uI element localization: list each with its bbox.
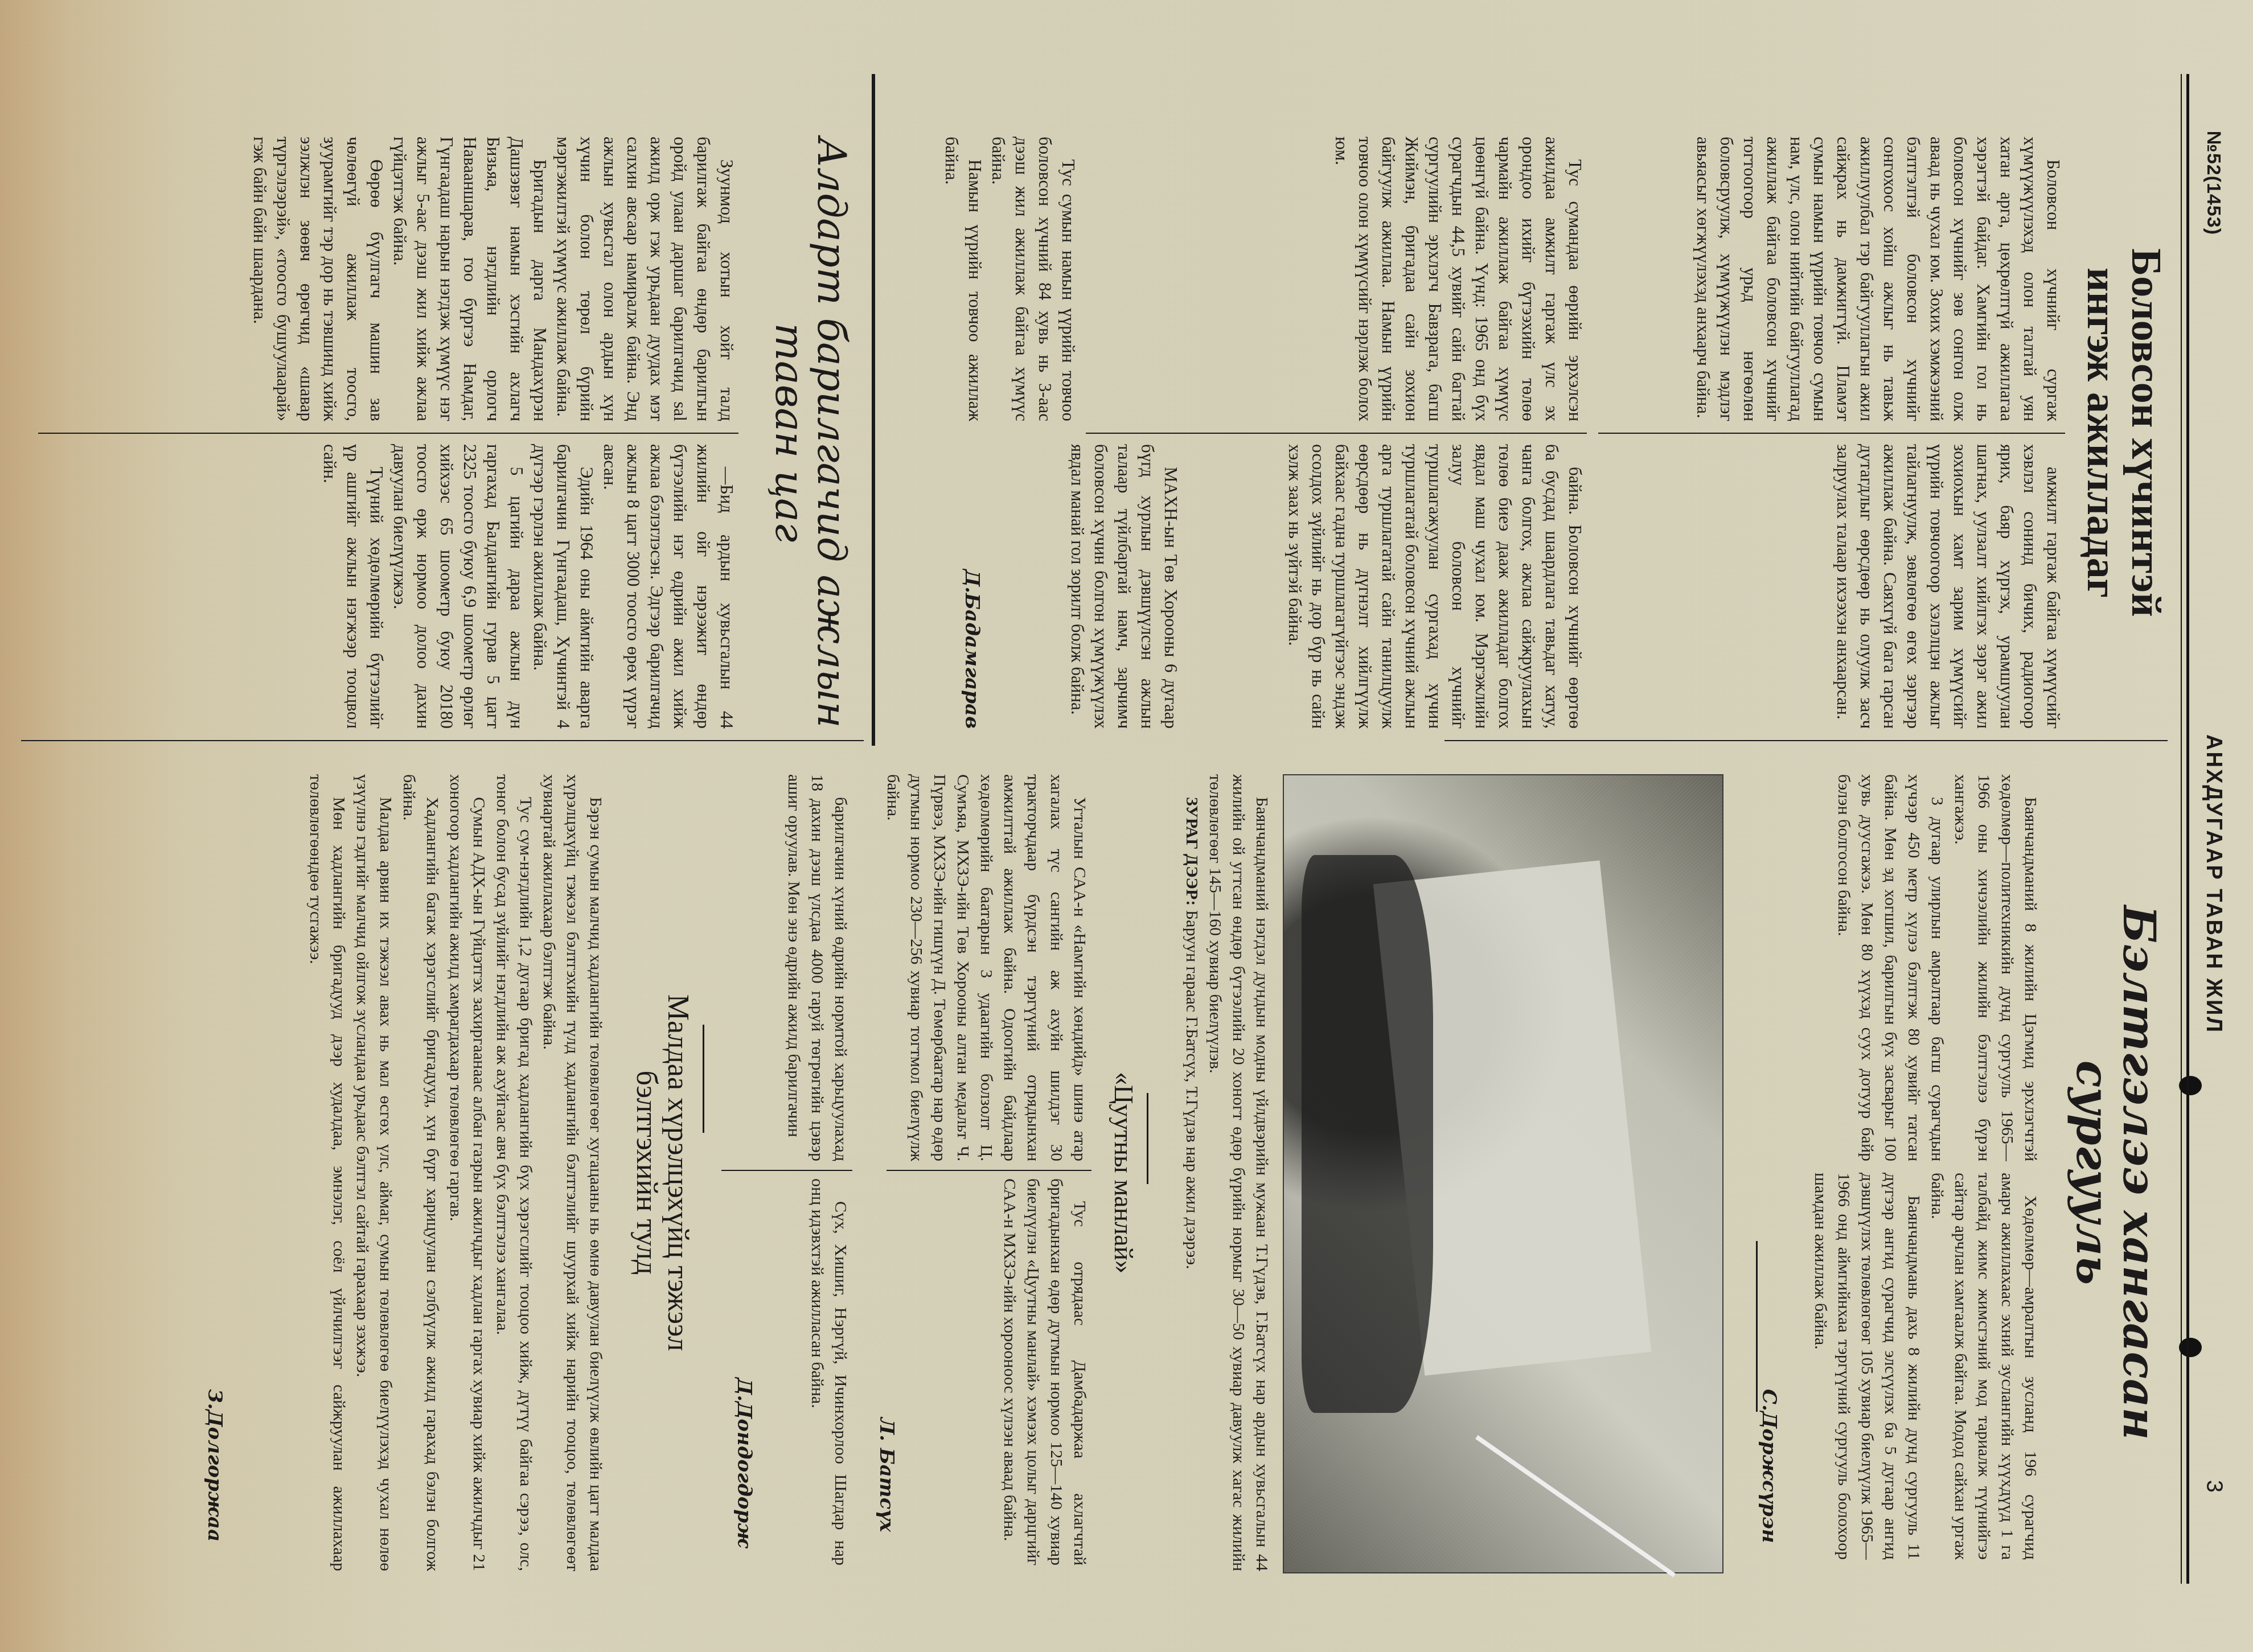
headline-line: таван цаг bbox=[769, 114, 811, 751]
caption-tail: Баруун гараас Г.Батсүх, Т.Гүдэв нар ажил… bbox=[1183, 910, 1201, 1269]
article-column: Тус сумын намын үүрийн товчоо боловсон х… bbox=[943, 137, 1080, 421]
headline-line: ингэж ажилладаг bbox=[2079, 142, 2124, 723]
paragraph: Сумын АДХ-ын Гүйцэтгэх захиргаанаас алба… bbox=[444, 774, 491, 1571]
article-divider bbox=[1147, 1093, 1148, 1184]
paragraph: Боловсон хүчнийг сургаж хүмүүжүүлэхэд ол… bbox=[1692, 137, 2065, 421]
masthead: №52(1453) АНХДУГААР ТАВАН ЖИЛ 3 bbox=[2190, 97, 2242, 1567]
column-rule bbox=[21, 740, 864, 741]
paragraph: МАХН-ын Төв Хорооны 6 дугаар бүгд хурлын… bbox=[1066, 444, 1183, 729]
paragraph: Тус сум-нэгдлийн 1,2 дугаар бригад хадла… bbox=[491, 774, 537, 1571]
article-column: —Бид ардын хувьсгалын 44 жилийн ойг нэрэ… bbox=[38, 444, 738, 729]
article-column: Тус отрядаас Дамбадаржаа ахлагчтай брига… bbox=[904, 1178, 1091, 1565]
paragraph: 3 дугаар улирлын амралтаар багш сурагчды… bbox=[1832, 774, 1949, 1161]
article-column: Угталын САА-н «Намгийн хөндийд» шинэ ата… bbox=[864, 774, 1091, 1161]
author-signature: З.Долгоржаа bbox=[203, 1389, 226, 1542]
column-rule bbox=[1444, 740, 2168, 741]
article-headline-boloovson: Боловсон хүчинтэй ингэж ажилладаг bbox=[2079, 142, 2168, 723]
section-rule bbox=[872, 74, 875, 746]
paragraph: Тус сумын намын үүрийн товчоо боловсон х… bbox=[987, 137, 1080, 421]
article-column: Баянчандманий 8 жилийн Цэгмид эрхлэгчтэй… bbox=[1775, 774, 2042, 1161]
issue-number: №52(1453) bbox=[2202, 131, 2225, 235]
article-column: Сүх, Хишиг, Нэргүй, Ичинхорлоо Шагдар на… bbox=[761, 1178, 852, 1565]
paragraph: Зуунмод хотын хойт талд барилгаж байгаа … bbox=[552, 137, 738, 421]
article-column: Хөдөлмөр—амралтын зусланд 196 сурагчид а… bbox=[1775, 1173, 2042, 1560]
article-divider bbox=[703, 1025, 704, 1133]
paragraph: Тус сумандаа өөрийн эрхэлсэн ажилдаа амж… bbox=[1330, 137, 1587, 421]
paragraph: Сүх, Хишиг, Нэргүй, Ичинхорлоо Шагдар на… bbox=[806, 1178, 852, 1565]
author-signature: С.Доржсүрэн bbox=[1758, 1389, 1780, 1543]
headline-line: Боловсон хүчинтэй bbox=[2123, 142, 2168, 723]
paragraph: Баянчандманий 8 жилийн Цэгмид эрхлэгчтэй… bbox=[1949, 774, 2042, 1161]
paragraph: Бэрэн сумын малчид хадлангийн төлөвлөгөө… bbox=[537, 774, 608, 1571]
paragraph: Мөн хадлангийн бригадууд дээр худалдаа, … bbox=[304, 774, 351, 1571]
news-photo-carpenters bbox=[1283, 774, 1723, 1573]
photo-caption: Баянчандманий нэгдэл дундын модны үйлдвэ… bbox=[1160, 774, 1274, 1571]
headline-line: сургууль bbox=[2069, 786, 2115, 1560]
article-column: Тус сумандаа өөрийн эрхэлсэн ажилдаа амж… bbox=[1086, 137, 1587, 421]
article-column: МАХН-ын Төв Хорооны 6 дугаар бүгд хурлын… bbox=[1012, 444, 1183, 729]
paragraph: Баянчандмань дахь 8 жилийн дунд сургууль… bbox=[1809, 1173, 1926, 1560]
paragraph: Хадлангийн багаж хэрэгслийг бригадууд, х… bbox=[397, 774, 444, 1571]
newspaper-page: №52(1453) АНХДУГААР ТАВАН ЖИЛ 3 Боловсон… bbox=[0, 0, 2253, 1652]
column-rule bbox=[1598, 433, 2065, 434]
paragraph: Эдийн 1964 оны аймгийн аварга барилгачин… bbox=[528, 444, 598, 729]
article-headline-bolteln: Бэлтгэлээ хангасан сургууль bbox=[2069, 786, 2162, 1560]
article-column: Боловсон хүчнийг сургаж хүмүүжүүлэхэд ол… bbox=[1598, 137, 2065, 421]
column-rule bbox=[38, 433, 738, 434]
headline-line: Малдаа хүрэлцэхүйц тэжээл bbox=[662, 774, 693, 1571]
author-signature: Л. Батсүх bbox=[875, 1417, 898, 1532]
article-column: Бэрэн сумын малчид хадлангийн төлөвлөгөө… bbox=[237, 774, 608, 1571]
paragraph: Малдаа арвин их тэжээл авах нь мал өсгөх… bbox=[351, 774, 397, 1571]
column-rule bbox=[721, 1170, 852, 1171]
paragraph: 5 цагийн дараа ажлын дүн гаргахад Балдан… bbox=[388, 444, 528, 729]
article-column: амжилт гаргаж байгаа хүмүүсийг хэвлэл со… bbox=[1598, 444, 2065, 729]
column-rule bbox=[887, 1170, 1091, 1171]
masthead-rule bbox=[2181, 74, 2189, 1584]
paragraph: Өөрөө бүүлгагч машин зав чөлөөгүй ажилла… bbox=[248, 137, 388, 421]
paragraph: Тус отрядаас Дамбадаржаа ахлагчтай брига… bbox=[998, 1178, 1091, 1565]
paragraph: амжилт гаргаж байгаа хүмүүсийг хэвлэл со… bbox=[1832, 444, 2065, 729]
section-title: АНХДУГААР ТАВАН ЖИЛ bbox=[2201, 734, 2226, 1034]
author-signature: Д.Дондогдорж bbox=[733, 1378, 756, 1548]
article-column: Зуунмод хотын хойт талд барилгаж байгаа … bbox=[38, 137, 738, 421]
article-headline-tsuutny: «Цуутны манлай» bbox=[1110, 774, 1137, 1571]
page-number: 3 bbox=[2201, 1480, 2227, 1493]
paragraph: Хөдөлмөр—амралтын зусланд 196 сурагчид а… bbox=[1926, 1173, 2042, 1560]
paragraph: Бригадын дарга Мандахүрэн Дашзэвэг намын… bbox=[388, 137, 552, 421]
caption-text: Баянчандманий нэгдэл дундын модны үйлдвэ… bbox=[1204, 774, 1274, 1571]
paragraph: байна. Боловсон хүчнийг өөртөө ба бусдад… bbox=[1283, 444, 1587, 729]
paragraph: Угталын САА-н «Намгийн хөндийд» шинэ ата… bbox=[881, 774, 1091, 1161]
paragraph: Түүний хөдөлмөрийн бүтээлийг үр ашгийг а… bbox=[318, 444, 388, 729]
paragraph: барилгачин хүний өдрийн нормтой харьцуул… bbox=[782, 774, 852, 1161]
paragraph: —Бид ардын хувьсгалын 44 жилийн ойг нэрэ… bbox=[598, 444, 738, 729]
article-headline-maldaa: Малдаа хүрэлцэхүйц тэжээл бэлтгэхийн тул… bbox=[631, 774, 693, 1571]
headline-line: бэлтгэхийн тулд bbox=[631, 774, 662, 1571]
headline-line: Бэлтгэлээ хангасан bbox=[2115, 786, 2162, 1560]
caption-label: ЗУРАГ ДЭЭР: bbox=[1183, 797, 1201, 906]
photo-worker bbox=[1302, 855, 1433, 1413]
article-divider bbox=[1756, 1241, 1758, 1412]
column-rule bbox=[1086, 433, 1587, 434]
article-column: барилгачин хүний өдрийн нормтой харьцуул… bbox=[721, 774, 852, 1161]
headline-line: Алдарт барилгачид ажлын bbox=[811, 114, 853, 751]
article-headline-aldart: Алдарт барилгачид ажлын таван цаг bbox=[769, 114, 852, 751]
paragraph: Намын үүрийн товчоо ажиллаж байна. bbox=[943, 137, 987, 421]
photo-tool bbox=[1475, 1435, 1675, 1577]
article-column: байна. Боловсон хүчнийг өөртөө ба бусдад… bbox=[1188, 444, 1587, 729]
author-signature: Д.Бадамгарав bbox=[961, 569, 983, 729]
